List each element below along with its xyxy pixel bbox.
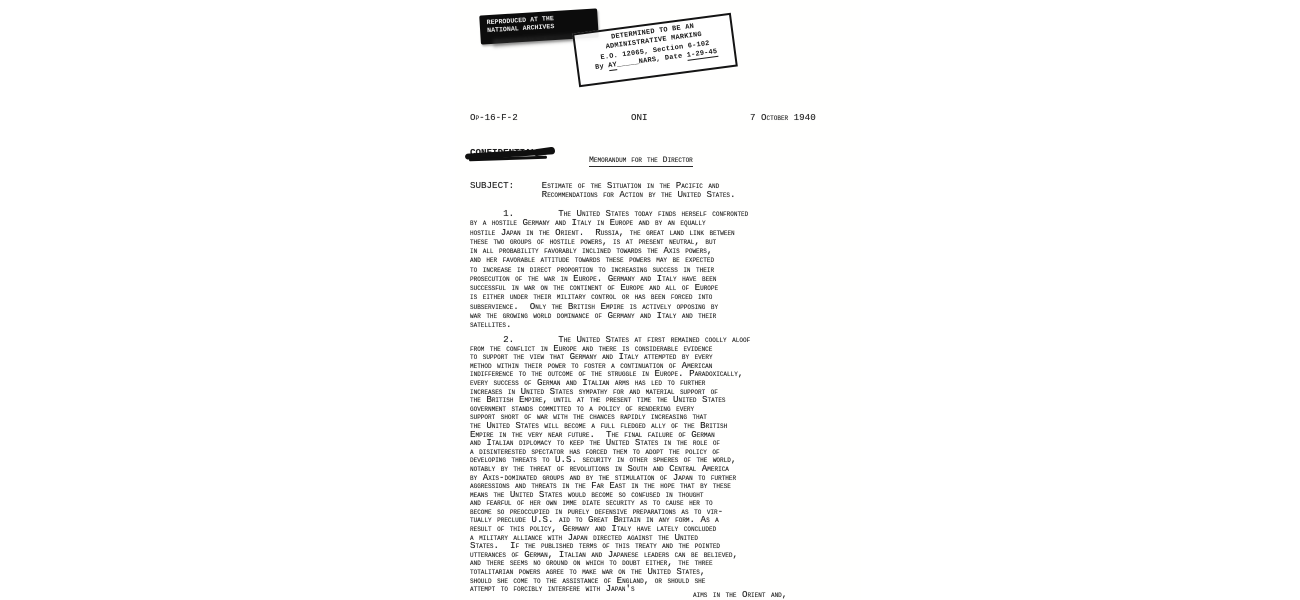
memo-date: 7 October 1940 — [750, 112, 816, 123]
paragraph-2: 2. The United States at first remained c… — [470, 336, 750, 594]
paragraph-2-continuation: aims in the Orient and, — [693, 589, 787, 600]
office-abbreviation: ONI — [631, 112, 648, 123]
text-line: Recommendations for Action by the United… — [470, 190, 736, 199]
memo-title: Memorandum for the Director — [589, 156, 693, 167]
strikethrough-mark — [533, 147, 556, 157]
subject-block: SUBJECT: Estimate of the Situation in th… — [470, 181, 736, 200]
memo-page: REPRODUCED AT THE NATIONAL ARCHIVES DETE… — [455, 0, 861, 600]
admin-stamp-by-label: By — [595, 62, 609, 72]
scanned-document-canvas: REPRODUCED AT THE NATIONAL ARCHIVES DETE… — [0, 0, 1300, 600]
file-number: Op-16-F-2 — [470, 112, 518, 123]
paragraph-1: 1. The United States today finds herself… — [470, 209, 748, 329]
text-line: satellites. — [470, 320, 748, 329]
